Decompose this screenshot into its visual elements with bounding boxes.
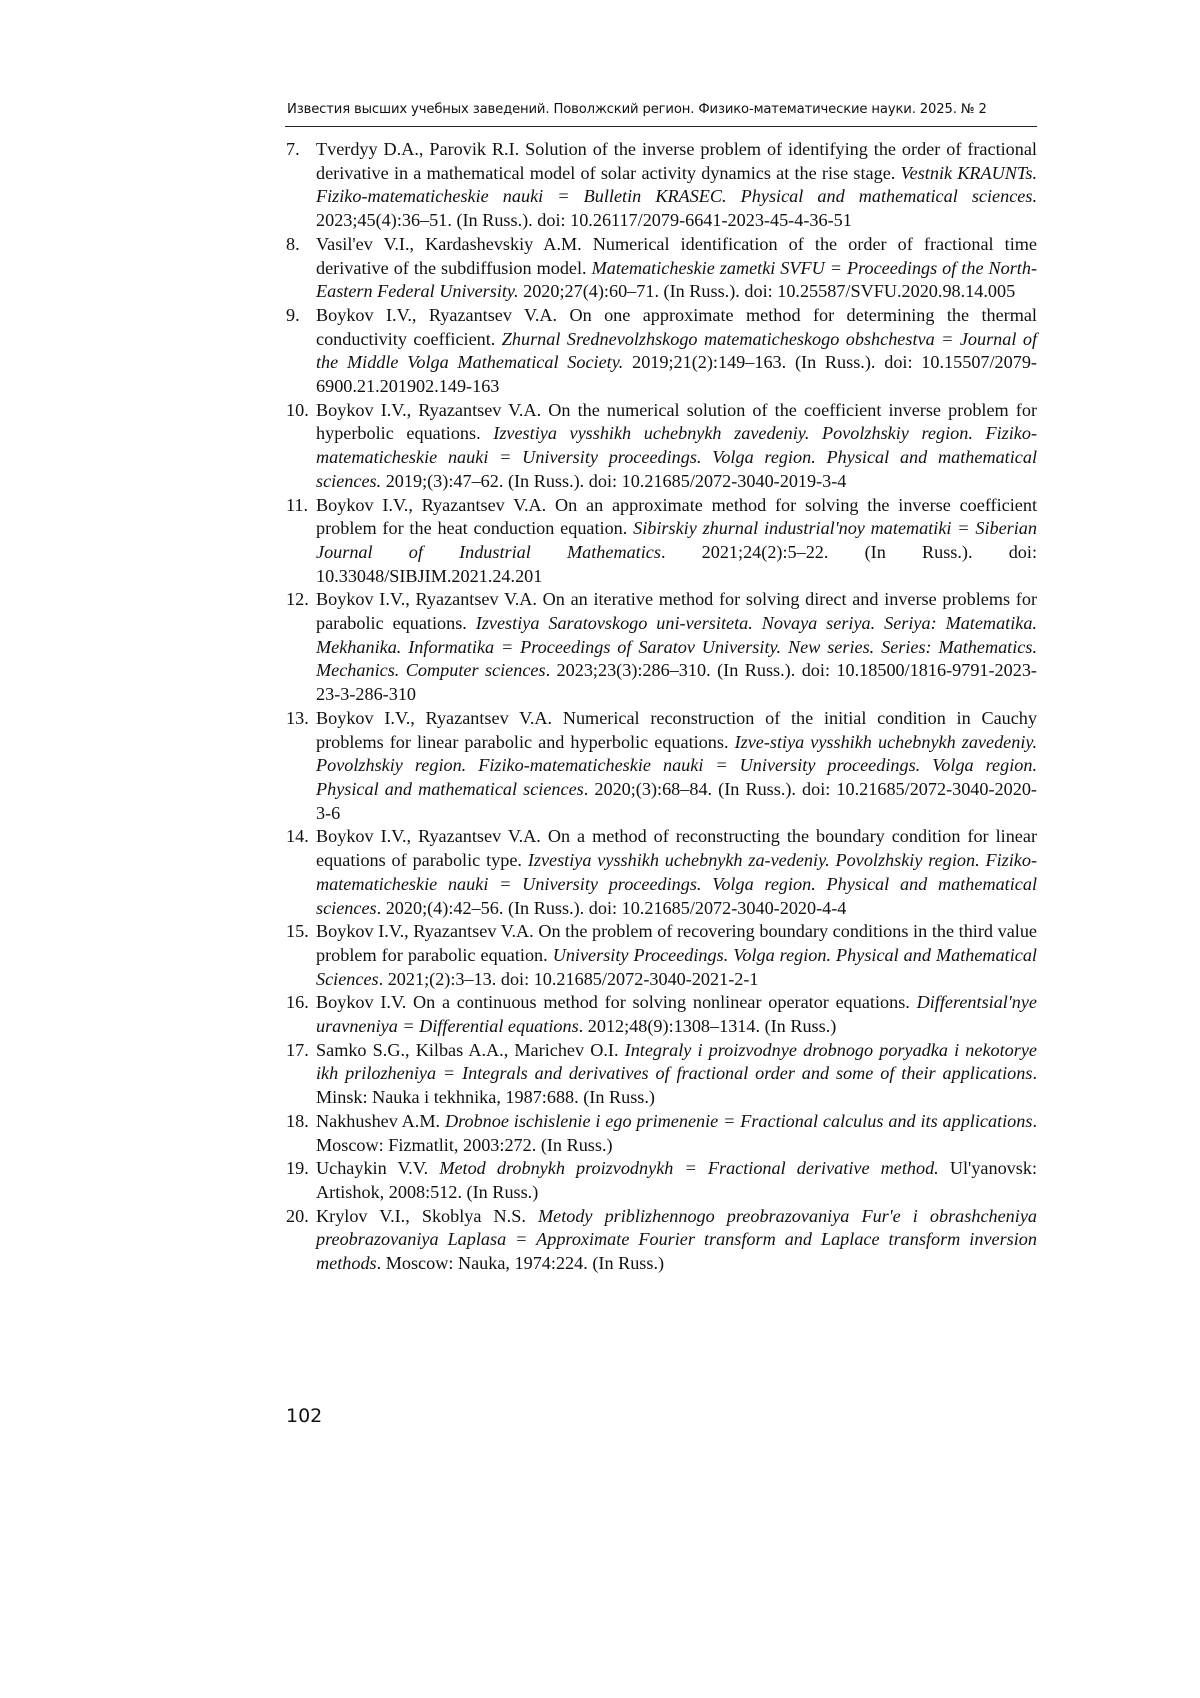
- reference-details: 2020;27(4):60–71. (In Russ.). doi: 10.25…: [519, 281, 1016, 301]
- reference-details: . 2012;48(9):1308–1314. (In Russ.): [579, 1016, 837, 1036]
- reference-details: 2019;(3):47–62. (In Russ.). doi: 10.2168…: [381, 471, 846, 491]
- reference-number: 20.: [286, 1205, 309, 1229]
- reference-details: 2023;45(4):36–51. (In Russ.). doi: 10.26…: [316, 210, 852, 230]
- reference-number: 8.: [286, 233, 300, 257]
- reference-journal: Metod drobnykh proizvodnykh = Fractional…: [439, 1158, 938, 1178]
- reference-number: 19.: [286, 1157, 309, 1181]
- reference-item-16: 16.Boykov I.V. On a continuous method fo…: [286, 991, 1037, 1038]
- reference-item-14: 14.Boykov I.V., Ryazantsev V.A. On a met…: [286, 825, 1037, 920]
- reference-authors-title: Krylov V.I., Skoblya N.S.: [316, 1206, 538, 1226]
- reference-journal: Drobnoe ischislenie i ego primenenie = F…: [445, 1111, 1033, 1131]
- reference-number: 10.: [286, 399, 309, 423]
- page-number: 102: [286, 1405, 322, 1427]
- reference-item-17: 17.Samko S.G., Kilbas A.A., Marichev O.I…: [286, 1039, 1037, 1110]
- reference-item-9: 9.Boykov I.V., Ryazantsev V.A. On one ap…: [286, 304, 1037, 399]
- reference-number: 12.: [286, 588, 309, 612]
- reference-item-20: 20.Krylov V.I., Skoblya N.S. Metody prib…: [286, 1205, 1037, 1276]
- document-page: Известия высших учебных заведений. Повол…: [0, 0, 1200, 1698]
- reference-authors-title: Uchaykin V.V.: [316, 1158, 439, 1178]
- reference-authors-title: Boykov I.V. On a continuous method for s…: [316, 992, 917, 1012]
- reference-item-7: 7.Tverdyy D.A., Parovik R.I. Solution of…: [286, 138, 1037, 233]
- reference-authors-title: Samko S.G., Kilbas A.A., Marichev O.I.: [316, 1040, 625, 1060]
- reference-list: 7.Tverdyy D.A., Parovik R.I. Solution of…: [286, 138, 1037, 1276]
- reference-number: 17.: [286, 1039, 309, 1063]
- reference-item-8: 8.Vasil'ev V.I., Kardashevskiy A.M. Nume…: [286, 233, 1037, 304]
- reference-number: 14.: [286, 825, 309, 849]
- reference-number: 16.: [286, 991, 309, 1015]
- reference-item-18: 18.Nakhushev A.M. Drobnoe ischislenie i …: [286, 1110, 1037, 1157]
- reference-number: 18.: [286, 1110, 309, 1134]
- reference-number: 9.: [286, 304, 300, 328]
- reference-item-19: 19.Uchaykin V.V. Metod drobnykh proizvod…: [286, 1157, 1037, 1204]
- reference-number: 11.: [286, 494, 308, 518]
- running-header: Известия высших учебных заведений. Повол…: [287, 102, 1037, 117]
- reference-details: . Moscow: Nauka, 1974:224. (In Russ.): [377, 1253, 664, 1273]
- reference-item-15: 15.Boykov I.V., Ryazantsev V.A. On the p…: [286, 920, 1037, 991]
- reference-item-13: 13.Boykov I.V., Ryazantsev V.A. Numerica…: [286, 707, 1037, 826]
- reference-number: 7.: [286, 138, 300, 162]
- reference-number: 15.: [286, 920, 309, 944]
- header-divider: [285, 126, 1037, 127]
- reference-item-12: 12.Boykov I.V., Ryazantsev V.A. On an it…: [286, 588, 1037, 707]
- reference-number: 13.: [286, 707, 309, 731]
- reference-item-11: 11.Boykov I.V., Ryazantsev V.A. On an ap…: [286, 494, 1037, 589]
- reference-details: . 2020;(4):42–56. (In Russ.). doi: 10.21…: [377, 898, 847, 918]
- reference-authors-title: Nakhushev A.M.: [316, 1111, 445, 1131]
- reference-item-10: 10.Boykov I.V., Ryazantsev V.A. On the n…: [286, 399, 1037, 494]
- reference-details: . 2021;(2):3–13. doi: 10.21685/2072-3040…: [379, 969, 759, 989]
